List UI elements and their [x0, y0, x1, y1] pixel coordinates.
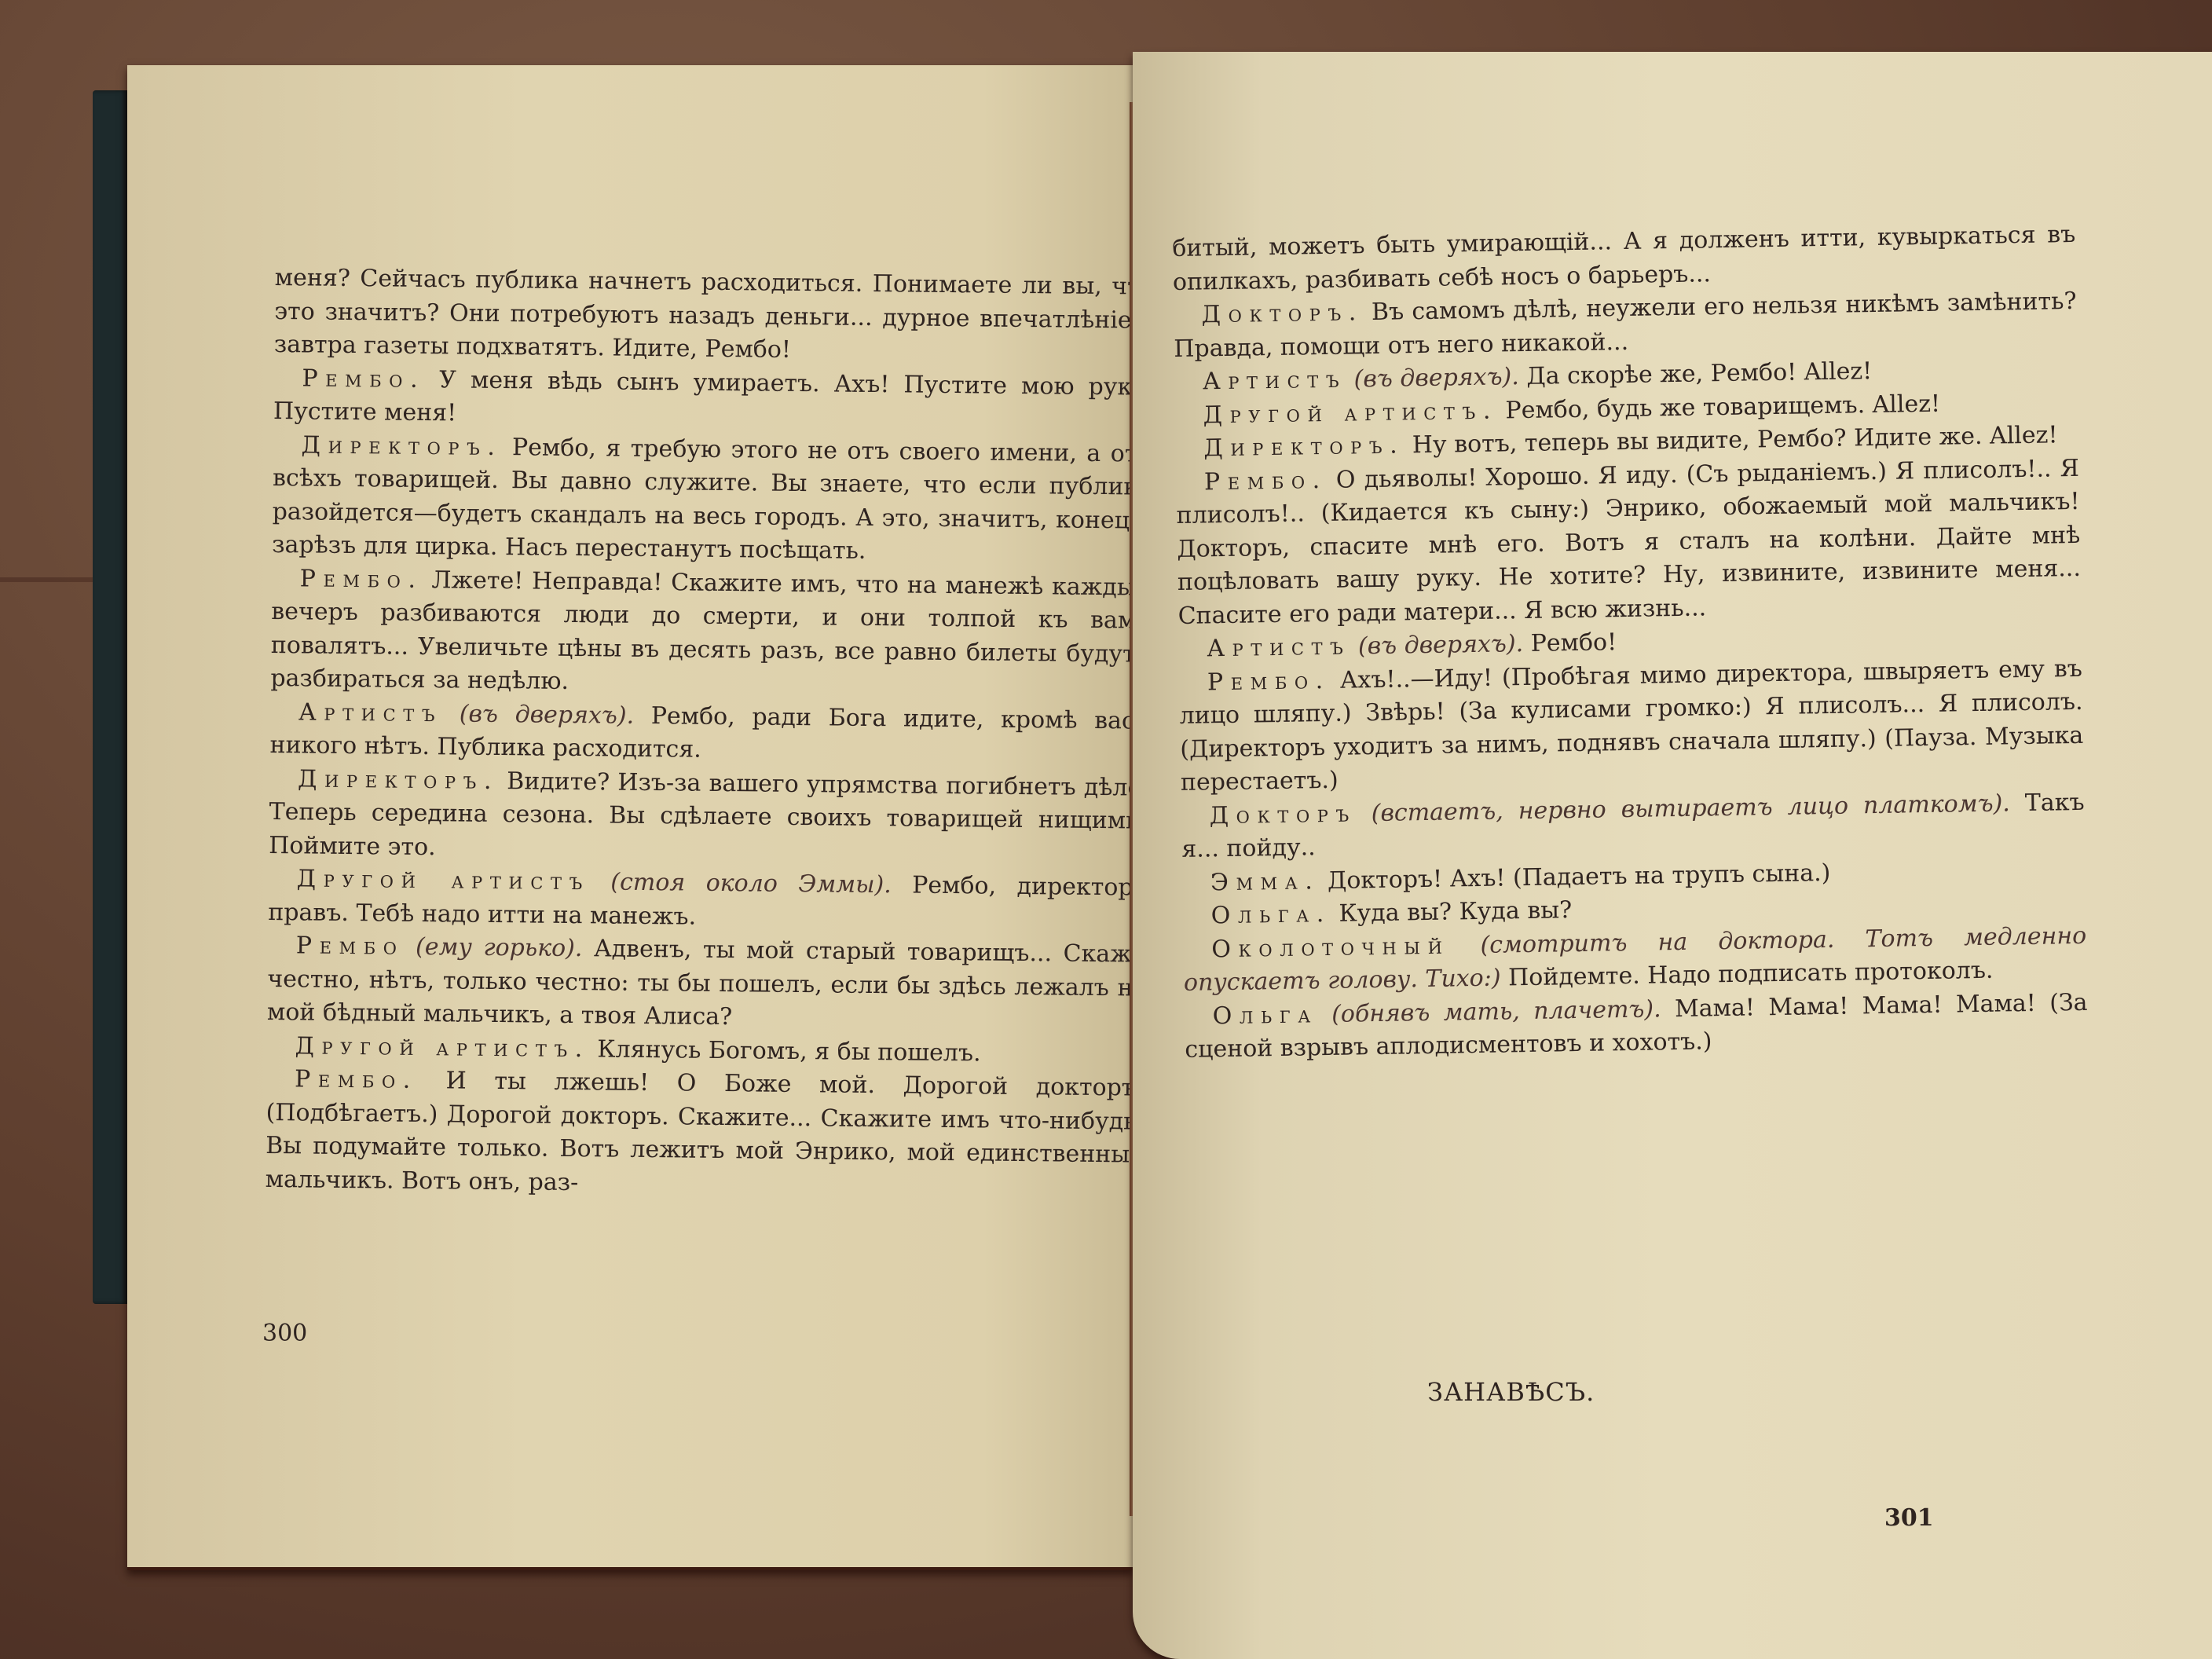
- stage-direction: (стоя около Эммы).: [610, 869, 892, 899]
- speaker-name: Другой артистъ.: [295, 1032, 590, 1063]
- speaker-name: Директоръ.: [1203, 431, 1405, 462]
- speaker-name: Рембо.: [295, 1065, 418, 1094]
- page-number: 301: [1884, 1504, 1934, 1532]
- right-page: битый, можетъ быть умирающій... А я долж…: [1133, 52, 2212, 1659]
- paragraph: Рембо. У меня вѣдь сынъ умираетъ. Ахъ! П…: [273, 361, 1154, 438]
- stage-direction: (въ дверяхъ).: [460, 700, 635, 729]
- speaker-name: Артистъ: [298, 698, 442, 727]
- curtain-heading: ЗАНАВѢСЪ.: [1427, 1377, 1595, 1407]
- speaker-name: Артистъ: [1207, 632, 1351, 662]
- speaker-name: Ольга.: [1210, 900, 1331, 929]
- paragraph: Рембо. Ахъ!..—Иду! (Пробѣгая мимо директ…: [1179, 652, 2085, 800]
- speaker-name: Директоръ.: [298, 765, 499, 795]
- speaker-name: Эмма.: [1210, 867, 1320, 896]
- left-page-text: меня? Сейчасъ публика начнетъ расходитьс…: [266, 262, 1155, 1206]
- speaker-name: Рембо.: [1207, 666, 1331, 695]
- speaker-name: Докторъ: [1209, 800, 1357, 829]
- book-cover-edge: [93, 90, 127, 1304]
- paragraph: Рембо. О дьяволы! Хорошо. Я иду. (Съ рыд…: [1176, 452, 2082, 633]
- stage-direction: (обнявъ мать, плачетъ).: [1331, 995, 1661, 1028]
- paragraph: Другой артистъ (стоя около Эммы). Рембо,…: [268, 862, 1148, 939]
- stage-direction: (въ дверяхъ).: [1358, 630, 1524, 660]
- right-page-text: битый, можетъ быть умирающій... А я долж…: [1172, 218, 2089, 1067]
- speaker-name: Другой артистъ: [297, 865, 590, 895]
- left-page: меня? Сейчасъ публика начнетъ расходитьс…: [127, 65, 1134, 1570]
- paragraph: Рембо (ему горько). Адвенъ, ты мой стары…: [267, 929, 1148, 1038]
- speaker-name: Рембо.: [302, 364, 425, 394]
- speaker-name: Другой артистъ.: [1203, 397, 1498, 429]
- paragraph: Рембо. Лжете! Неправда! Скажите имъ, что…: [270, 562, 1152, 705]
- paragraph: Рембо. И ты лжешь! О Боже мой. Дорогой д…: [266, 1063, 1147, 1206]
- stage-direction: (ему горько).: [416, 933, 583, 962]
- speaker-name: Околоточный: [1211, 932, 1450, 963]
- speaker-name: Докторъ.: [1201, 298, 1364, 328]
- stage-direction: (въ дверяхъ).: [1353, 363, 1519, 393]
- speaker-name: Рембо: [296, 932, 405, 960]
- stage-direction: (встаетъ, нервно вытираетъ лицо платкомъ…: [1371, 789, 2010, 827]
- speaker-name: Ольга: [1212, 1001, 1318, 1030]
- speaker-name: Артистъ: [1203, 366, 1347, 396]
- speaker-name: Рембо.: [1204, 466, 1328, 495]
- paragraph: меня? Сейчасъ публика начнетъ расходитьс…: [274, 262, 1155, 371]
- paragraph: Артистъ (въ дверяхъ). Рембо, ради Бога и…: [269, 695, 1150, 771]
- speaker-name: Рембо.: [300, 565, 423, 594]
- paragraph: Директоръ. Видите? Изъ-за вашего упрямст…: [269, 762, 1149, 871]
- speaker-name: Директоръ.: [301, 431, 502, 461]
- paragraph: Директоръ. Рембо, я требую этого не отъ …: [272, 428, 1153, 571]
- paragraph: Ольга (обнявъ мать, плачетъ). Мама! Мама…: [1184, 986, 2088, 1067]
- page-number: 300: [262, 1320, 307, 1347]
